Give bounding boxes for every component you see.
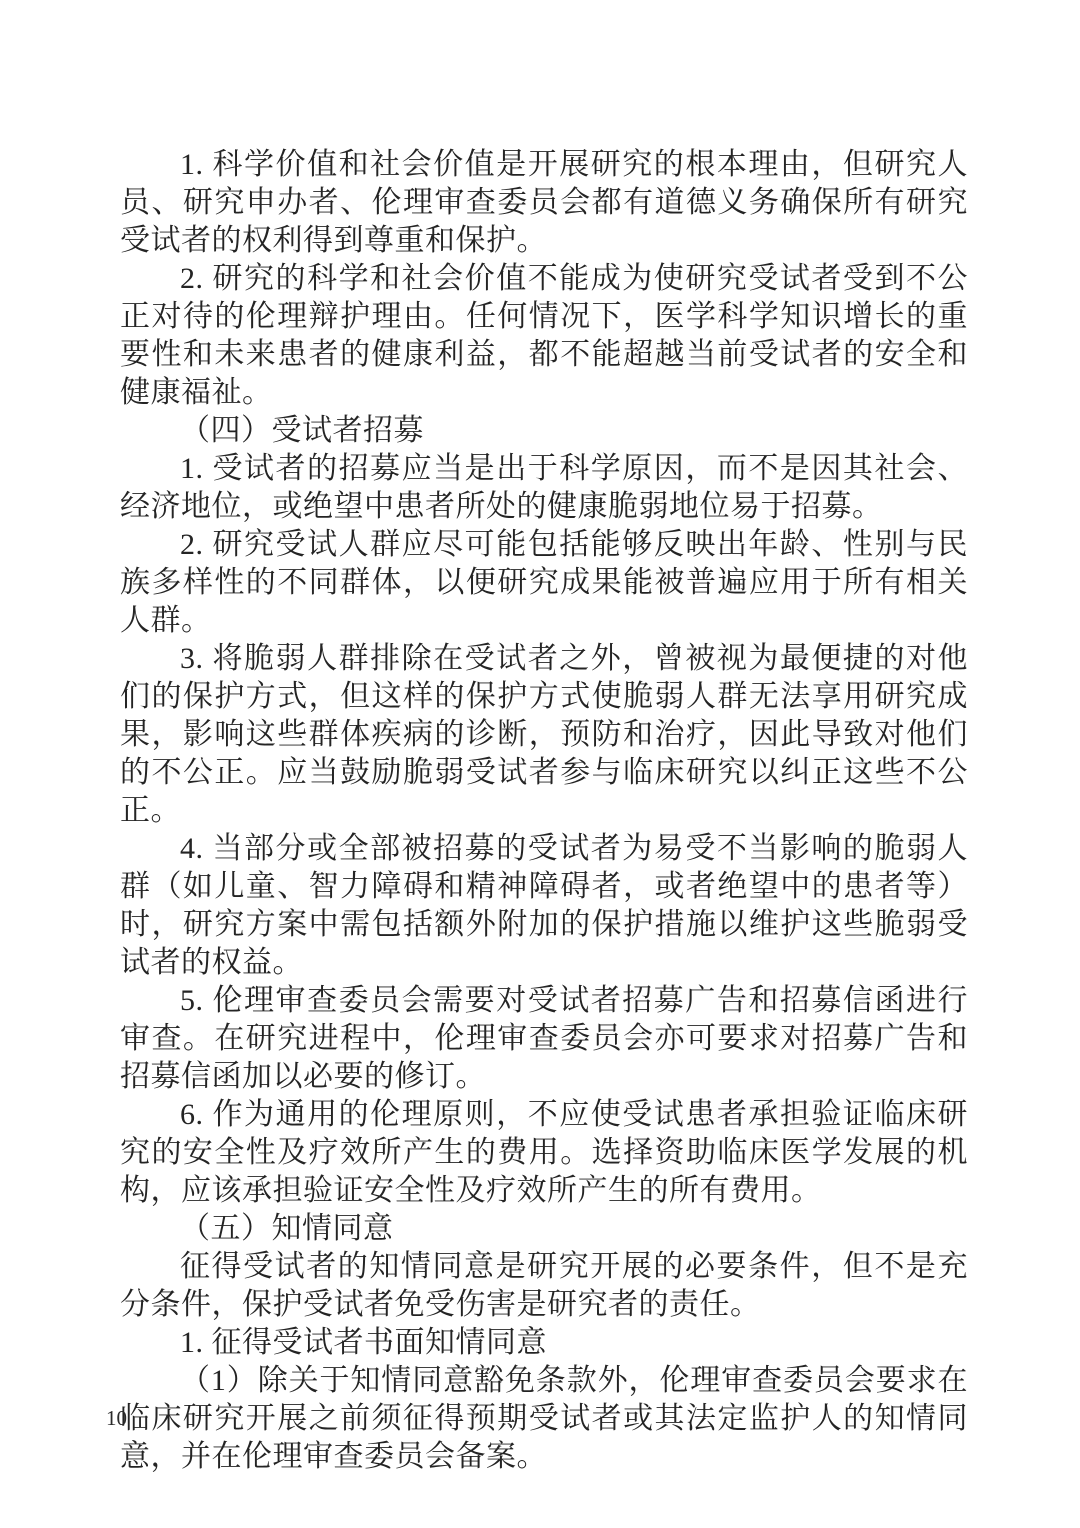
paragraph-recruitment-4: 4. 当部分或全部被招募的受试者为易受不当影响的脆弱人群（如儿童、智力障碍和精神…	[120, 830, 968, 982]
paragraph-recruitment-5: 5. 伦理审查委员会需要对受试者招募广告和招募信函进行审查。在研究进程中，伦理审…	[120, 982, 968, 1096]
paragraph-recruitment-2: 2. 研究受试人群应尽可能包括能够反映出年龄、性别与民族多样性的不同群体，以便研…	[120, 526, 968, 640]
paragraph-scientific-value-1: 1. 科学价值和社会价值是开展研究的根本理由，但研究人员、研究申办者、伦理审查委…	[120, 146, 968, 260]
document-page: 1. 科学价值和社会价值是开展研究的根本理由，但研究人员、研究申办者、伦理审查委…	[0, 0, 1080, 1528]
paragraph-recruitment-6: 6. 作为通用的伦理原则，不应使受试患者承担验证临床研究的安全性及疗效所产生的费…	[120, 1096, 968, 1210]
paragraph-recruitment-1: 1. 受试者的招募应当是出于科学原因，而不是因其社会、经济地位，或绝望中患者所处…	[120, 450, 968, 526]
section-heading-4-recruitment: （四）受试者招募	[120, 412, 968, 450]
paragraph-scientific-value-2: 2. 研究的科学和社会价值不能成为使研究受试者受到不公正对待的伦理辩护理由。任何…	[120, 260, 968, 412]
document-body: 1. 科学价值和社会价值是开展研究的根本理由，但研究人员、研究申办者、伦理审查委…	[120, 146, 968, 1476]
paragraph-written-consent-1: （1）除关于知情同意豁免条款外，伦理审查委员会要求在临床研究开展之前须征得预期受…	[120, 1362, 968, 1476]
paragraph-informed-consent-intro: 征得受试者的知情同意是研究开展的必要条件，但不是充分条件，保护受试者免受伤害是研…	[120, 1248, 968, 1324]
page-number: 10	[106, 1404, 127, 1432]
section-heading-5-informed-consent: （五）知情同意	[120, 1210, 968, 1248]
paragraph-written-consent-heading: 1. 征得受试者书面知情同意	[120, 1324, 968, 1362]
paragraph-recruitment-3: 3. 将脆弱人群排除在受试者之外，曾被视为最便捷的对他们的保护方式，但这样的保护…	[120, 640, 968, 830]
